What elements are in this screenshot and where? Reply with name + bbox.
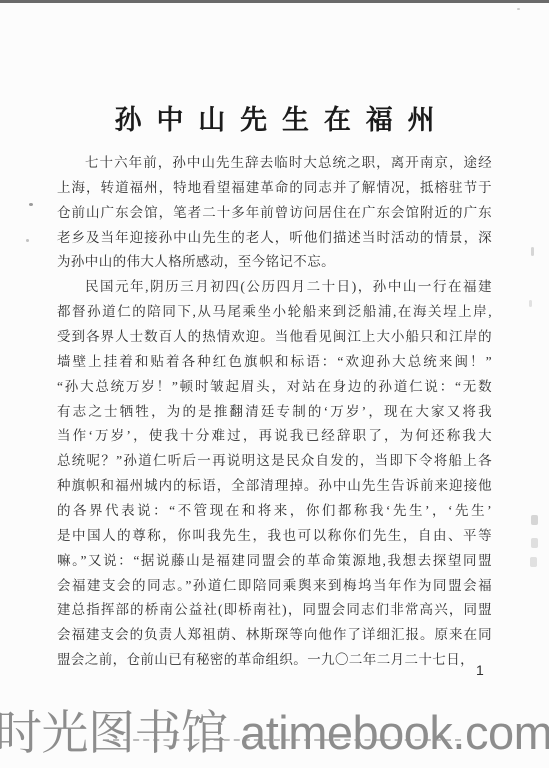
text-line: 的各界代表说：“不管现在和将来，你们都称我‘先生’，‘先生’: [57, 499, 492, 524]
watermark-text: 时光图书馆 atimebook.com: [0, 703, 549, 763]
text-line: 都督孙道仁的陪同下,从马尾乘坐小轮船来到泛船浦,在海关埕上岸,: [57, 300, 492, 325]
scan-smudge: [530, 557, 537, 567]
text-line: 老乡及当年迎接孙中山先生的老人，听他们描述当时活动的情景，深: [57, 226, 492, 251]
text-line: 七十六年前，孙中山先生辞去临时大总统之职，离开南京，途经: [57, 151, 492, 176]
text-line: 有志之士牺牲，为的是推翻清廷专制的‘万岁’，现在大家又将我: [57, 400, 492, 425]
scan-speck: [29, 203, 33, 206]
text-line: 总统呢？”孙道仁听后一再说明这是民众自发的，当即下令将船上各: [57, 449, 492, 474]
text-line: 嘛。”又说：“据说藤山是福建同盟会的革命策源地,我想去探望同盟: [57, 549, 492, 574]
text-line: 建总指挥部的桥南公益社(即桥南社)，同盟会同志们非常高兴，同盟: [57, 598, 492, 623]
text-line: 种旗帜和福州城内的标语，全部清理掉。孙中山先生告诉前来迎接他: [57, 474, 492, 499]
scan-edge-bar: [0, 0, 549, 3]
scan-speck: [517, 8, 520, 10]
page-title: 孙中山先生在福州: [0, 98, 549, 137]
text-line: 会福建支会的负责人郑祖荫、林斯琛等向他作了详细汇报。原来在同: [57, 623, 492, 648]
text-line: 盟会之前，仓前山已有秘密的革命组织。一九〇二年二月二十七日，: [57, 648, 492, 673]
text-line: 仓前山广东会馆，笔者二十多年前曾访问居住在广东会馆附近的广东: [57, 201, 492, 226]
text-line: 民国元年,阴历三月初四(公历四月二十日)，孙中山一行在福建: [57, 275, 492, 300]
text-line: 会福建支会的同志。”孙道仁即陪同乘舆来到梅坞当年作为同盟会福: [57, 574, 492, 599]
scan-smudge: [529, 300, 532, 307]
text-line: 墙壁上挂着和贴着各种红色旗帜和标语：“欢迎孙大总统来闽！”: [57, 350, 492, 375]
scan-smudge: [531, 247, 534, 256]
scan-speck: [26, 239, 29, 242]
page-number: 1: [476, 662, 484, 678]
text-line: 上海，转道福州，特地看望福建革命的同志并了解情况，抵榕驻节于: [57, 176, 492, 201]
text-line: “孙大总统万岁！”顿时皱起眉头，对站在身边的孙道仁说：“无数: [57, 375, 492, 400]
text-line: 当作‘万岁’，使我十分难过，再说我已经辞职了，为何还称我大: [57, 424, 492, 449]
text-line: 为孙中山的伟大人格所感动，至今铭记不忘。: [57, 250, 492, 275]
scanned-book-page: 孙中山先生在福州 七十六年前，孙中山先生辞去临时大总统之职，离开南京，途经上海，…: [0, 0, 549, 768]
scan-smudge: [531, 515, 538, 525]
text-line: 受到各界人士数百人的热情欢迎。当他看见闽江上大小船只和江岸的: [57, 325, 492, 350]
scan-smudge: [531, 538, 538, 548]
text-block: 七十六年前，孙中山先生辞去临时大总统之职，离开南京，途经上海，转道福州，特地看望…: [57, 151, 492, 673]
text-line: 是中国人的尊称，你叫我先生，我也可以称你们先生，自由、平等: [57, 524, 492, 549]
